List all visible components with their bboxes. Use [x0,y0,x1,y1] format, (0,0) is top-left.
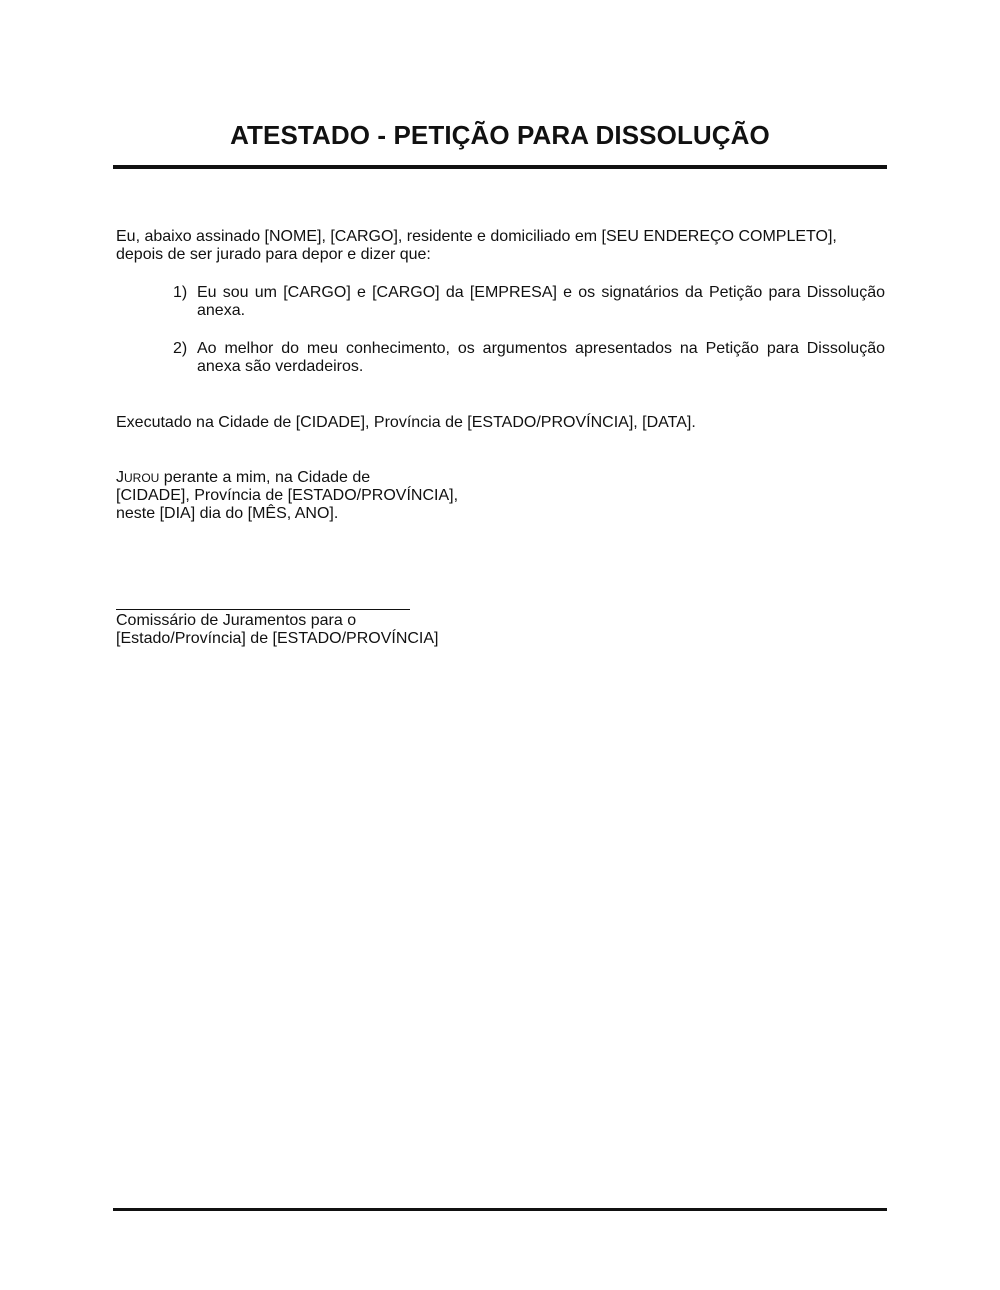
commissioner-line-1: Comissário de Juramentos para o [116,612,886,630]
commissioner-block: Comissário de Juramentos para o [Estado/… [116,612,886,648]
statement-number: 1) [173,284,187,302]
statement-number: 2) [173,340,187,358]
statement-item: 1) Eu sou um [CARGO] e [CARGO] da [EMPRE… [160,284,885,320]
document-page: ATESTADO - PETIÇÃO PARA DISSOLUÇÃO Eu, a… [0,0,1000,1290]
statement-text: Eu sou um [CARGO] e [CARGO] da [EMPRESA]… [197,284,885,319]
statement-text: Ao melhor do meu conhecimento, os argume… [197,340,885,375]
footer-divider [113,1208,887,1211]
commissioner-line-2: [Estado/Província] de [ESTADO/PROVÍNCIA] [116,630,886,648]
sworn-line-2: [CIDADE], Província de [ESTADO/PROVÍNCIA… [116,487,886,505]
sworn-line-3: neste [DIA] dia do [MÊS, ANO]. [116,505,886,523]
intro-paragraph: Eu, abaixo assinado [NOME], [CARGO], res… [116,228,886,264]
statement-item: 2) Ao melhor do meu conhecimento, os arg… [160,340,885,376]
statement-list: 1) Eu sou um [CARGO] e [CARGO] da [EMPRE… [160,284,885,396]
sworn-line-1-text: perante a mim, na Cidade de [159,469,370,486]
sworn-block: JUROU perante a mim, na Cidade de [CIDAD… [116,469,886,523]
title-divider [113,165,887,169]
signature-line [116,609,410,610]
document-title: ATESTADO - PETIÇÃO PARA DISSOLUÇÃO [113,118,887,152]
sworn-lead-initial: J [116,469,124,486]
executed-paragraph: Executado na Cidade de [CIDADE], Provínc… [116,414,886,432]
sworn-line-1: JUROU perante a mim, na Cidade de [116,469,886,487]
sworn-lead-rest: UROU [124,471,159,485]
